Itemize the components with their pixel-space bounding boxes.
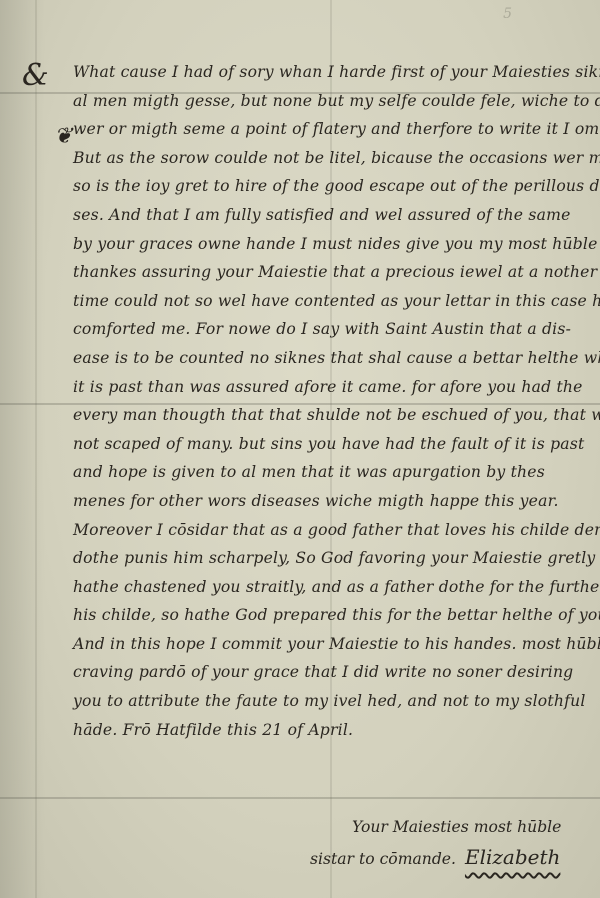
text-line: craving pardō of your grace that I did w… [73, 658, 593, 687]
text-line: it is past than was assured afore it cam… [73, 373, 593, 402]
text-line: And in this hope I commit your Maiestie … [73, 630, 593, 659]
text-line: time could not so wel have contented as … [73, 287, 593, 316]
text-line: you to attribute the faute to my ivel he… [73, 687, 593, 716]
text-line: dothe punis him scharpely, So God favori… [73, 544, 593, 573]
closing-block: Your Maiesties most hūble sistar to cōma… [352, 812, 561, 872]
text-line: ease is to be counted no siknes that sha… [73, 344, 593, 373]
text-line: menes for other wors diseases wiche migt… [73, 487, 593, 516]
text-line: by your graces owne hande I must nides g… [73, 230, 593, 259]
letter-body: What cause I had of sory whan I harde fi… [73, 58, 593, 744]
text-line: thankes assuring your Maiestie that a pr… [73, 258, 593, 287]
closing-line: sistar to cōmande. Elizabeth [310, 842, 561, 872]
text-line: so is the ioy gret to hire of the good e… [73, 172, 593, 201]
signature: Elizabeth [465, 845, 560, 869]
text-line: What cause I had of sory whan I harde fi… [73, 58, 593, 87]
text-line: and hope is given to al men that it was … [73, 458, 593, 487]
text-line: not scaped of many. but sins you have ha… [73, 430, 593, 459]
text-line: hāde. Frō Hatfilde this 21 of April. [73, 716, 593, 745]
text-line: comforted me. For nowe do I say with Sai… [73, 315, 593, 344]
text-line: But as the sorow coulde not be litel, bi… [73, 144, 593, 173]
text-line: wer or migth seme a point of flatery and… [73, 115, 593, 144]
closing-line: Your Maiesties most hūble [352, 812, 561, 842]
text-line: every man thougth that that shulde not b… [73, 401, 593, 430]
text-line: Moreover I cōsidar that as a good father… [73, 516, 593, 545]
fold-line [35, 0, 37, 898]
folio-number: 5 [503, 6, 512, 22]
text-line: his childe, so hathe God prepared this f… [73, 601, 593, 630]
text-line: al men migth gesse, but none but my self… [73, 87, 593, 116]
fold-line [0, 797, 600, 799]
text-line: ses. And that I am fully satisfied and w… [73, 201, 593, 230]
opening-flourish-icon: & [22, 58, 49, 93]
closing-text: sistar to cōmande. [310, 850, 456, 868]
letter-page: 5 & ❦ What cause I had of sory whan I ha… [0, 0, 600, 898]
text-line: hathe chastened you straitly, and as a f… [73, 573, 593, 602]
margin-flourish-icon: ❦ [54, 124, 72, 149]
